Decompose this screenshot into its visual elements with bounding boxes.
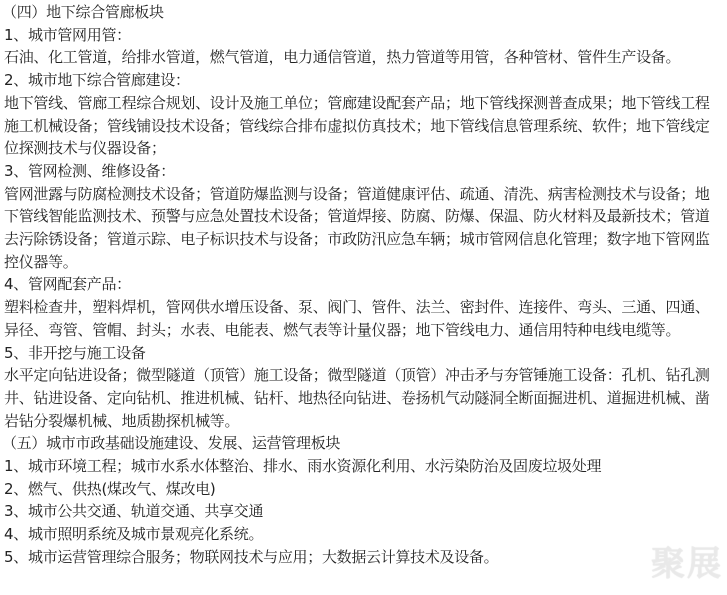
section-4-title: （四）地下综合管廊板块 bbox=[2, 1, 724, 24]
section-4-item-2-body: 地下管线、管廊工程综合规划、设计及施工单位；管廊建设配套产品；地下管线探测普查成… bbox=[4, 92, 724, 160]
section-5-item-2: 2、燃气、供热(煤改气、煤改电) bbox=[4, 478, 724, 501]
section-5-item-3: 3、城市公共交通、轨道交通、共享交通 bbox=[4, 500, 724, 523]
watermark-logo: 聚展 bbox=[651, 536, 723, 585]
section-4-item-4-body: 塑料检查井，塑料焊机，管网供水增压设备、泵、阀门、管件、法兰、密封件、连接件、弯… bbox=[4, 296, 724, 341]
section-5-item-4: 4、城市照明系统及城市景观亮化系统。 bbox=[4, 523, 724, 546]
document-body: （四）地下综合管廊板块 1、城市管网用管： 石油、化工管道，给排水管道，燃气管道… bbox=[4, 1, 724, 569]
section-5-item-1: 1、城市环境工程；城市水系水体整治、排水、雨水资源化利用、水污染防治及固废垃圾处… bbox=[4, 455, 724, 478]
section-4-item-3-body: 管网泄露与防腐检测技术设备；管道防爆监测与设备；管道健康评估、疏通、清洗、病害检… bbox=[4, 183, 724, 274]
section-5-item-5: 5、城市运营管理综合服务；物联网技术与应用；大数据云计算技术及设备。 bbox=[4, 546, 724, 569]
section-4-item-1-heading: 1、城市管网用管： bbox=[4, 24, 724, 47]
section-4-item-5-heading: 5、非开挖与施工设备 bbox=[4, 342, 724, 365]
section-5-title: （五）城市市政基础设施建设、发展、运营管理板块 bbox=[2, 432, 724, 455]
section-4-item-4-heading: 4、管网配套产品： bbox=[4, 273, 724, 296]
section-4-item-3-heading: 3、管网检测、维修设备： bbox=[4, 160, 724, 183]
section-4-item-1-body: 石油、化工管道，给排水管道，燃气管道，电力通信管道，热力管道等用管，各种管材、管… bbox=[4, 46, 724, 69]
section-4-item-2-heading: 2、城市地下综合管廊建设： bbox=[4, 69, 724, 92]
section-4-item-5-body: 水平定向钻进设备；微型隧道（顶管）施工设备；微型隧道（顶管）冲击矛与夯管锤施工设… bbox=[4, 364, 724, 432]
